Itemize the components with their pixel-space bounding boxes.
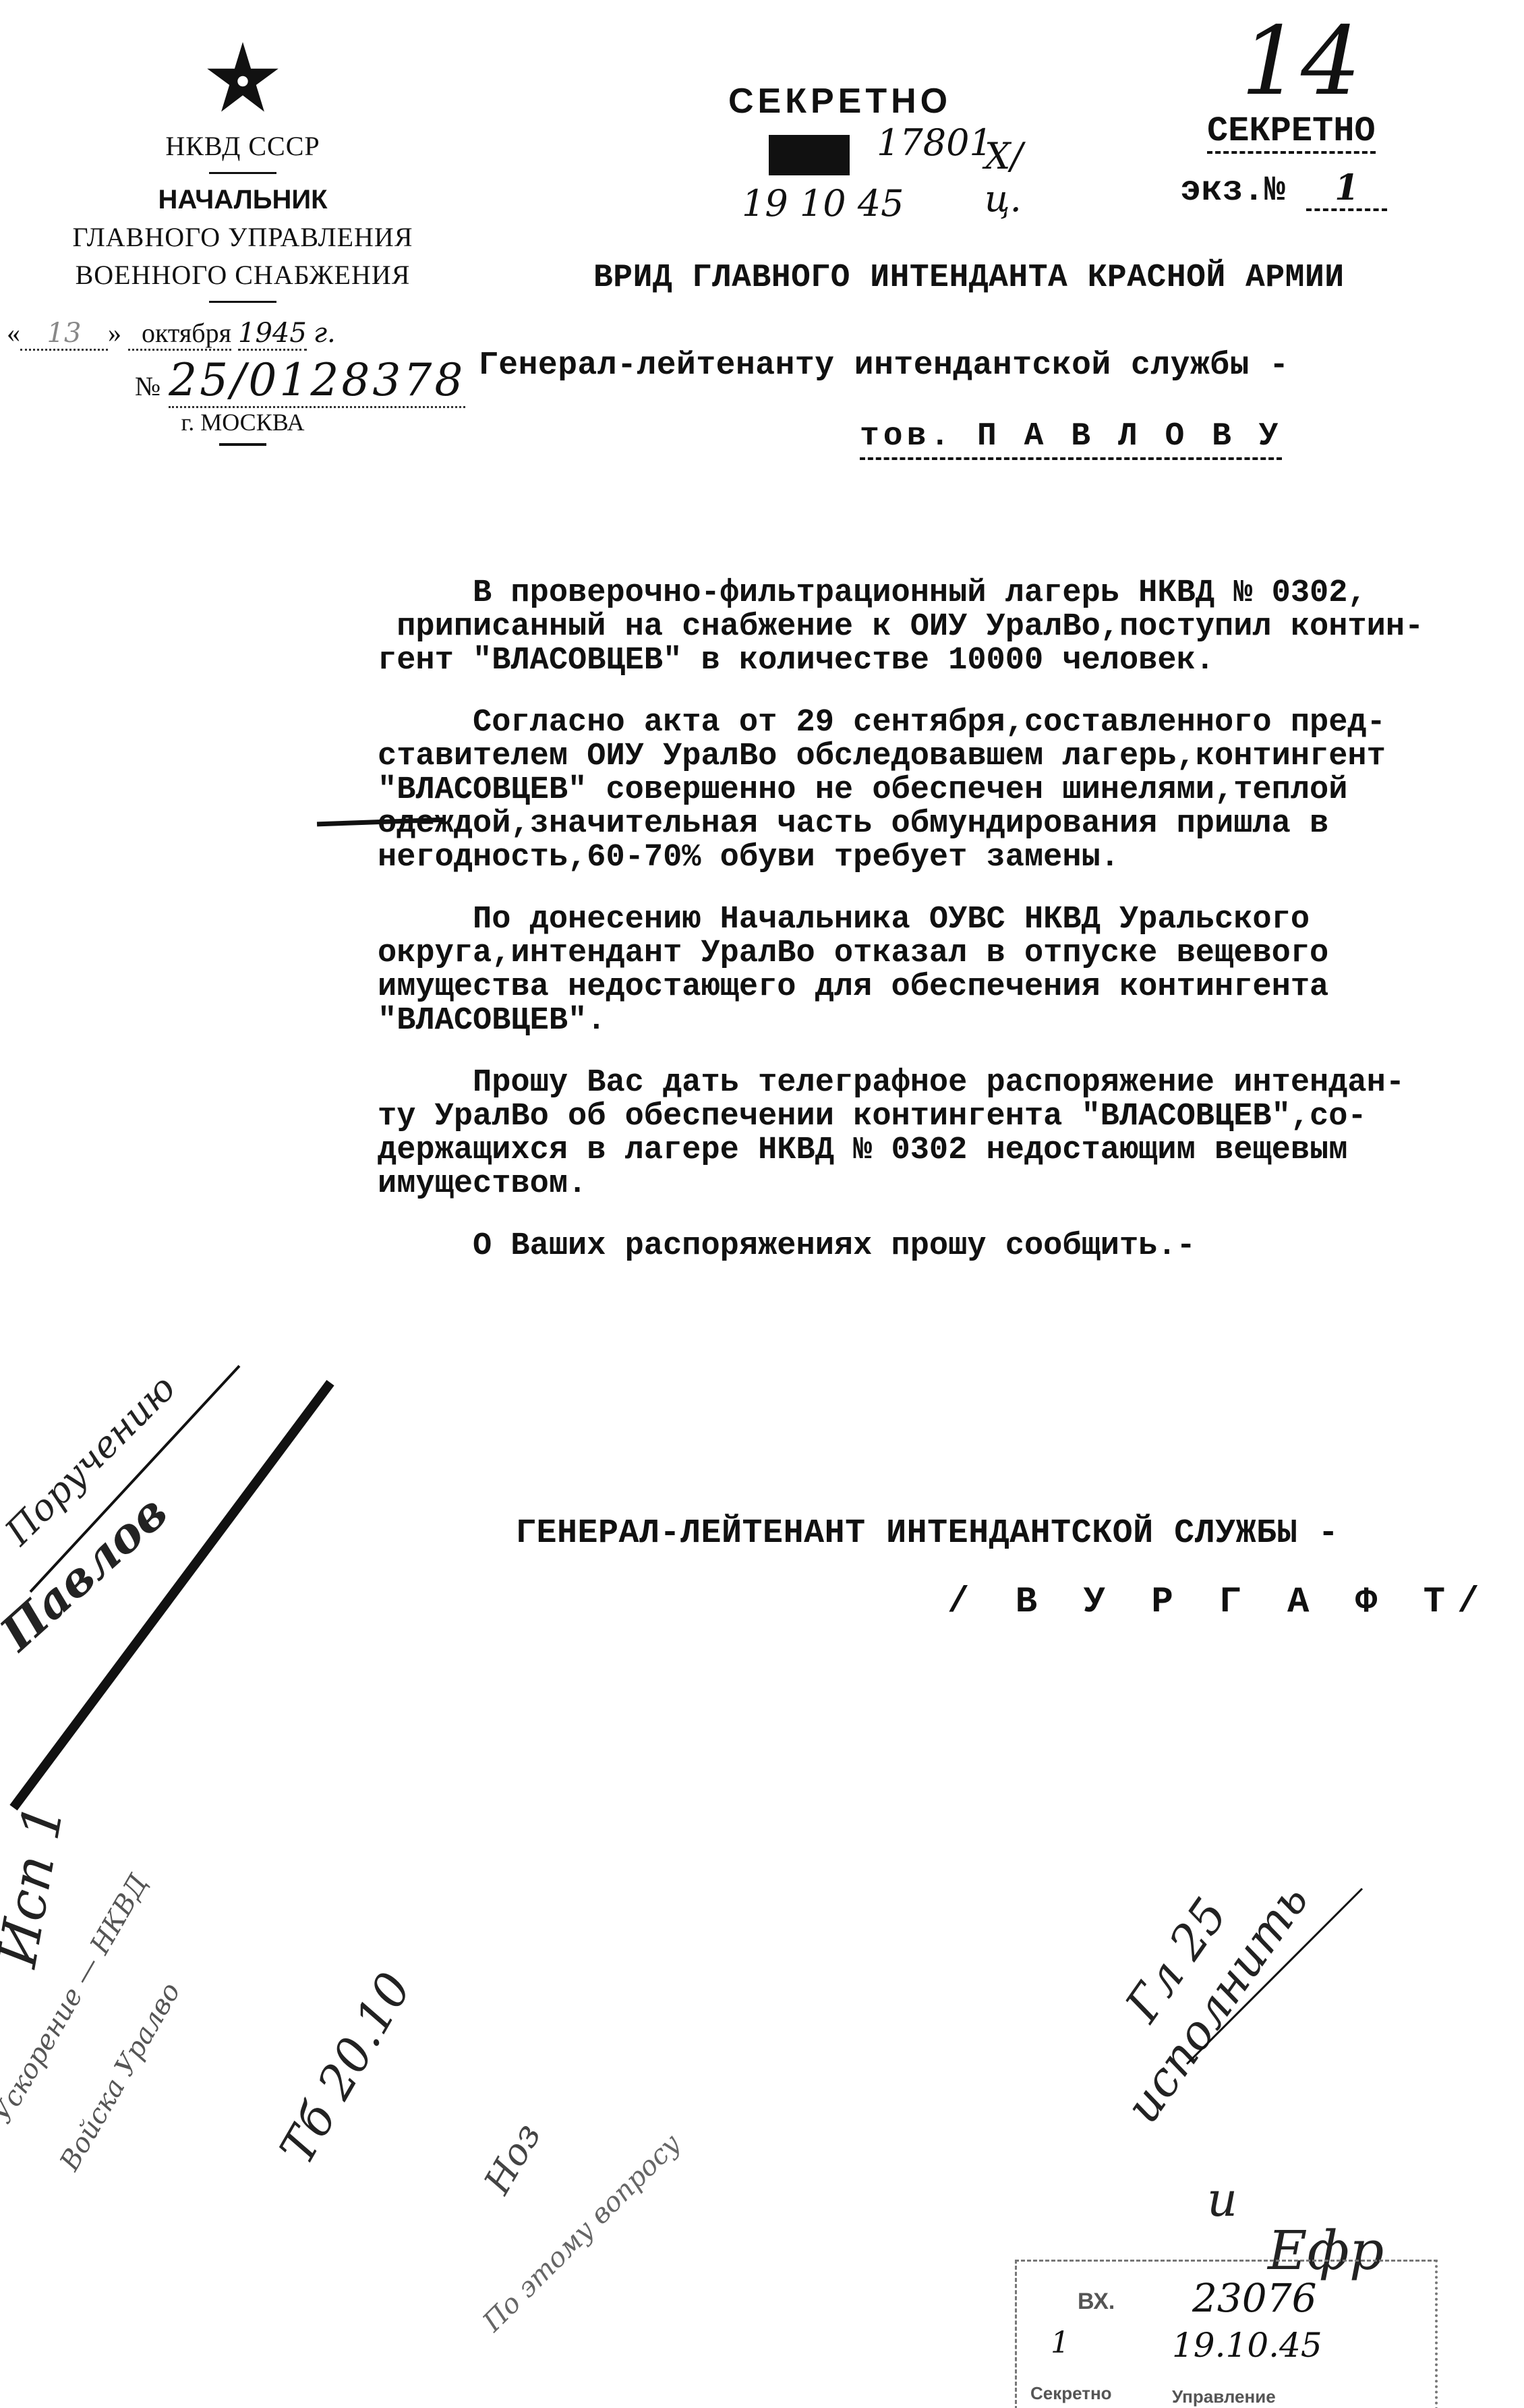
date-year: 1945 xyxy=(238,318,307,351)
bottom-left-note-1: Исп 1 xyxy=(0,1800,76,1972)
date-day: 13 xyxy=(20,318,108,351)
bottom-mid-note-2: Ноз xyxy=(475,2116,549,2201)
addressee-position: ВРИД ГЛАВНОГО ИНТЕНДАНТА КРАСНОЙ АРМИИ xyxy=(593,260,1345,296)
classification-block: СЕКРЕТНО экз.№ 1 xyxy=(1207,111,1387,211)
signatory-name: / В У Р Г А Ф Т/ xyxy=(947,1582,1491,1623)
stamp-number: 17801 xyxy=(877,121,993,164)
paragraph-2: Согласно акта от 29 сентября,составленно… xyxy=(378,706,1517,875)
incoming-number: 23076 xyxy=(1192,2275,1317,2321)
bottom-mid-note-1: Тб 20.10 xyxy=(269,1963,422,2173)
copy-number: 1 xyxy=(1306,167,1387,211)
star-emblem-icon xyxy=(206,40,280,115)
paragraph-5: О Ваших распоряжениях прошу сообщить.- xyxy=(378,1230,1517,1263)
stamp-title: СЕКРЕТНО xyxy=(728,81,1038,121)
paragraph-4: Прошу Вас дать телеграфное распоряжение … xyxy=(378,1066,1517,1201)
number-prefix: № xyxy=(135,371,160,401)
paragraph-1: В проверочно-фильтрационный лагерь НКВД … xyxy=(378,577,1517,678)
secret-registration-stamp: СЕКРЕТНО 17801 19 10 45 Х/ц. xyxy=(728,81,1038,250)
incoming-date: 19.10.45 xyxy=(1172,2326,1322,2365)
classification: СЕКРЕТНО xyxy=(1207,111,1376,154)
incoming-copy: 1 xyxy=(1051,2326,1069,2360)
incoming-registration-stamp: ВХ. 23076 1 19.10.45 Секретно Управление xyxy=(1015,2260,1438,2408)
letterhead: НКВД СССР НАЧАЛЬНИК ГЛАВНОГО УПРАВЛЕНИЯ … xyxy=(0,27,486,310)
dept-line-2: ВОЕННОГО СНАБЖЕНИЯ xyxy=(0,256,486,294)
signatory-title: ГЕНЕРАЛ-ЛЕЙТЕНАНТ ИНТЕНДАНТСКОЙ СЛУЖБЫ - xyxy=(516,1514,1339,1553)
paragraph-3: По донесению Начальника ОУВС НКВД Уральс… xyxy=(378,903,1517,1038)
date-line: «13» октября 1945 г. xyxy=(7,317,336,351)
date-month: октября xyxy=(128,317,231,351)
org-name: НКВД СССР xyxy=(0,127,486,165)
divider xyxy=(219,443,266,446)
city-name: г. МОСКВА xyxy=(181,409,305,436)
incoming-label: ВХ. xyxy=(1078,2289,1115,2315)
stamp-mark: Х/ц. xyxy=(985,135,1038,220)
page-number: 14 xyxy=(1241,7,1361,117)
letter-body: В проверочно-фильтрационный лагерь НКВД … xyxy=(378,577,1517,1292)
dept-line-1: ГЛАВНОГО УПРАВЛЕНИЯ xyxy=(0,219,486,256)
document-number: 25/0128378 xyxy=(169,354,465,408)
letterhead-title: НАЧАЛЬНИК xyxy=(0,181,486,219)
annotation-slash xyxy=(1173,1875,1376,2077)
city: г. МОСКВА xyxy=(0,408,486,453)
addressee-rank: Генерал-лейтенанту интендантской службы … xyxy=(479,347,1289,384)
copy-label: экз.№ xyxy=(1180,171,1285,210)
stamp-date: 19 10 45 xyxy=(742,182,904,225)
date-suffix: г. xyxy=(314,318,336,349)
incoming-dept-label: Управление xyxy=(1172,2386,1276,2407)
incoming-secret-label: Секретно xyxy=(1030,2383,1112,2404)
stamp-blot xyxy=(769,135,850,175)
document-number-line: № 25/0128378 xyxy=(135,354,465,406)
divider xyxy=(209,172,276,174)
divider xyxy=(209,301,276,303)
addressee-name: тов. П А В Л О В У xyxy=(860,418,1282,460)
bottom-right-note-3: и xyxy=(1207,2172,1237,2227)
